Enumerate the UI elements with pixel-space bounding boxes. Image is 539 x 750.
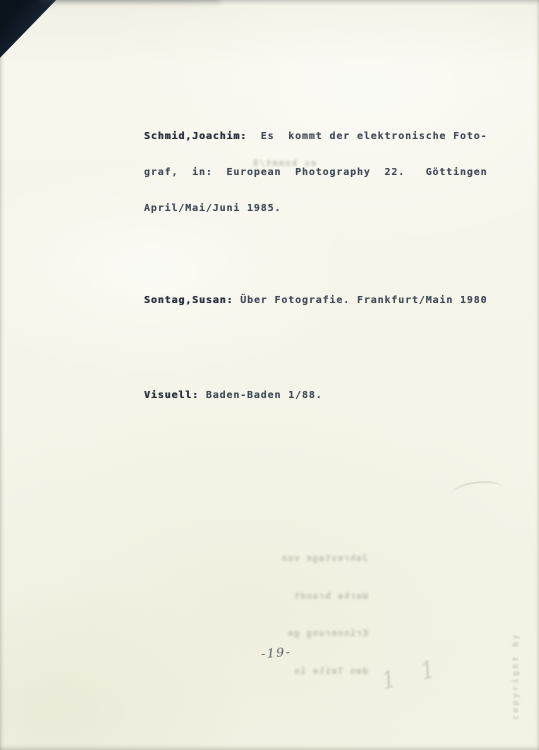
scanned-document-page: Schmid,Joachim: Es kommt der elektronisc…: [0, 0, 539, 750]
bleedthrough-text-block: Jahrestage von Werke brandt Erinnerung g…: [243, 528, 368, 703]
paper-crease-mark: [451, 479, 503, 502]
bibliography-entry: Schmid,Joachim: Es kommt der elektronisc…: [144, 107, 502, 239]
entry-text: April/Mai/Juni 1985.: [144, 203, 281, 214]
bibliography-line: Sontag,Susan: Über Fotografie. Frankfurt…: [144, 295, 502, 307]
bibliography-entry: Visuell: Baden-Baden 1/88.: [144, 366, 502, 426]
bleedthrough-line: Werke brandt: [243, 591, 368, 604]
author-name: Sontag,Susan:: [144, 295, 233, 306]
bibliography-line: Visuell: Baden-Baden 1/88.: [144, 390, 502, 402]
bibliography-line: Schmid,Joachim: Es kommt der elektronisc…: [144, 131, 502, 143]
bleedthrough-text-line: es kommt/8: [252, 159, 316, 169]
entry-text: Es kommt der elektronische Foto-: [247, 131, 487, 142]
bleedthrough-line: Erinnerung ge: [243, 628, 368, 641]
author-name: Visuell:: [144, 390, 199, 401]
bibliography-entry: Sontag,Susan: Über Fotografie. Frankfurt…: [144, 271, 502, 331]
bibliography-line: graf, in: European Photography 22. Götti…: [144, 167, 502, 179]
bleedthrough-line: Jahrestage von: [243, 553, 368, 566]
pencil-note: 1 1: [379, 655, 447, 696]
bibliography-block: Schmid,Joachim: Es kommt der elektronisc…: [144, 83, 502, 450]
entry-text: Über Fotografie. Frankfurt/Main 1980: [233, 295, 487, 306]
bibliography-line: April/Mai/Juni 1985.: [144, 203, 502, 215]
scan-edge-smear: [40, 0, 220, 6]
edge-watermark-text: copyright by: [511, 588, 520, 720]
bleedthrough-line: den Teile in: [243, 666, 368, 679]
handwritten-page-number: -19-: [261, 644, 292, 661]
author-name: Schmid,Joachim:: [144, 131, 247, 142]
scanner-corner-shadow: [0, 0, 58, 60]
entry-text: Baden-Baden 1/88.: [199, 390, 323, 401]
